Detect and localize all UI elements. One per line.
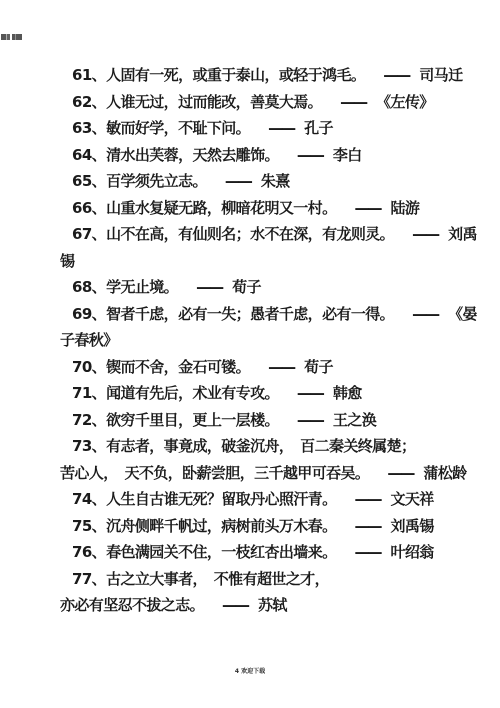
quote-text: 73、有志者，事竟成，破釜沉舟， 百二秦关终属楚； xyxy=(72,437,415,455)
quote-text: 63、敏而好学，不耻下问。 xyxy=(72,119,250,137)
quote-line: 76、春色满园关不住，一枝红杏出墙来。——叶绍翁 xyxy=(0,539,500,566)
attribution-dash: —— xyxy=(222,592,248,619)
quote-line: 69、智者千虑，必有一失；愚者千虑，必有一得。——《晏 xyxy=(0,301,500,328)
attribution-dash: —— xyxy=(268,354,294,381)
quote-text: 77、古之立大事者， 不惟有超世之才， xyxy=(72,570,329,588)
author-name: 荀子 xyxy=(304,358,333,376)
quote-line: 68、学无止境。——荀子 xyxy=(0,274,500,301)
author-name: 王之涣 xyxy=(333,411,376,429)
corner-watermark-icon xyxy=(1,34,22,40)
quote-line: 62、人谁无过，过而能改，善莫大焉。——《左传》 xyxy=(0,89,500,116)
quote-line: 70、锲而不舍，金石可镂。——荀子 xyxy=(0,354,500,381)
quote-line: 67、山不在高，有仙则名；水不在深，有龙则灵。——刘禹 xyxy=(0,221,500,248)
attribution-dash: —— xyxy=(268,115,294,142)
quote-list: 61、人固有一死，或重于泰山，或轻于鸿毛。——司马迁62、人谁无过，过而能改，善… xyxy=(0,62,500,619)
quote-text: 亦必有坚忍不拔之志。 xyxy=(60,596,204,614)
quote-line: 75、沉舟侧畔千帆过，病树前头万木春。——刘禹锡 xyxy=(0,513,500,540)
quote-line: 亦必有坚忍不拔之志。——苏轼 xyxy=(0,592,500,619)
quote-text: 76、春色满园关不住，一枝红杏出墙来。 xyxy=(72,543,336,561)
quote-line: 63、敏而好学，不耻下问。——孔子 xyxy=(0,115,500,142)
attribution-dash: —— xyxy=(340,89,366,116)
quote-text: 75、沉舟侧畔千帆过，病树前头万木春。 xyxy=(72,517,336,535)
quote-line: 77、古之立大事者， 不惟有超世之才， xyxy=(0,566,500,593)
author-name: 《晏 xyxy=(448,305,477,323)
quote-text: 锡 xyxy=(60,252,74,270)
quote-text: 65、百学须先立志。 xyxy=(72,172,207,190)
quote-line: 74、人生自古谁无死？留取丹心照汗青。——文天祥 xyxy=(0,486,500,513)
author-name: 刘禹锡 xyxy=(390,517,433,535)
author-name: 朱熹 xyxy=(261,172,290,190)
quote-text: 70、锲而不舍，金石可镂。 xyxy=(72,358,250,376)
quote-line: 73、有志者，事竟成，破釜沉舟， 百二秦关终属楚； xyxy=(0,433,500,460)
author-name: 司马迁 xyxy=(419,66,462,84)
attribution-dash: —— xyxy=(297,380,323,407)
document-page: 61、人固有一死，或重于泰山，或轻于鸿毛。——司马迁62、人谁无过，过而能改，善… xyxy=(0,0,500,708)
attribution-dash: —— xyxy=(383,62,409,89)
quote-text: 62、人谁无过，过而能改，善莫大焉。 xyxy=(72,93,322,111)
attribution-dash: —— xyxy=(354,195,380,222)
quote-text: 苦心人， 天不负，卧薪尝胆，三千越甲可吞吴。 xyxy=(60,464,369,482)
quote-line: 65、百学须先立志。——朱熹 xyxy=(0,168,500,195)
quote-text: 71、闻道有先后，术业有专攻。 xyxy=(72,384,279,402)
quote-line: 61、人固有一死，或重于泰山，或轻于鸿毛。——司马迁 xyxy=(0,62,500,89)
attribution-dash: —— xyxy=(225,168,251,195)
footer-text: 4 欢迎下载 xyxy=(235,668,265,675)
attribution-dash: —— xyxy=(412,221,438,248)
page-footer: 4 欢迎下载 xyxy=(0,666,500,675)
quote-text: 67、山不在高，有仙则名；水不在深，有龙则灵。 xyxy=(72,225,394,243)
author-name: 蒲松龄 xyxy=(423,464,466,482)
quote-line: 72、欲穷千里目，更上一层楼。——王之涣 xyxy=(0,407,500,434)
quote-text: 69、智者千虑，必有一失；愚者千虑，必有一得。 xyxy=(72,305,394,323)
attribution-dash: —— xyxy=(412,301,438,328)
author-name: 韩愈 xyxy=(333,384,362,402)
author-name: 苏轼 xyxy=(258,596,287,614)
quote-text: 74、人生自古谁无死？留取丹心照汗青。 xyxy=(72,490,336,508)
attribution-dash: —— xyxy=(354,513,380,540)
attribution-dash: —— xyxy=(354,486,380,513)
quote-line: 锡 xyxy=(0,248,500,275)
attribution-dash: —— xyxy=(196,274,222,301)
attribution-dash: —— xyxy=(297,142,323,169)
quote-line: 苦心人， 天不负，卧薪尝胆，三千越甲可吞吴。——蒲松龄 xyxy=(0,460,500,487)
author-name: 李白 xyxy=(333,146,362,164)
attribution-dash: —— xyxy=(354,539,380,566)
quote-text: 72、欲穷千里目，更上一层楼。 xyxy=(72,411,279,429)
author-name: 《左传》 xyxy=(376,93,434,111)
quote-text: 66、山重水复疑无路，柳暗花明又一村。 xyxy=(72,199,336,217)
author-name: 孔子 xyxy=(304,119,333,137)
quote-text: 64、清水出芙蓉，天然去雕饰。 xyxy=(72,146,279,164)
author-name: 刘禹 xyxy=(448,225,477,243)
quote-line: 子春秋》 xyxy=(0,327,500,354)
author-name: 叶绍翁 xyxy=(390,543,433,561)
quote-line: 71、闻道有先后，术业有专攻。——韩愈 xyxy=(0,380,500,407)
quote-text: 子春秋》 xyxy=(60,331,118,349)
quote-line: 66、山重水复疑无路，柳暗花明又一村。——陆游 xyxy=(0,195,500,222)
author-name: 陆游 xyxy=(390,199,419,217)
quote-line: 64、清水出芙蓉，天然去雕饰。——李白 xyxy=(0,142,500,169)
attribution-dash: —— xyxy=(387,460,413,487)
quote-text: 68、学无止境。 xyxy=(72,278,178,296)
author-name: 文天祥 xyxy=(390,490,433,508)
author-name: 荀子 xyxy=(232,278,261,296)
attribution-dash: —— xyxy=(297,407,323,434)
quote-text: 61、人固有一死，或重于泰山，或轻于鸿毛。 xyxy=(72,66,365,84)
